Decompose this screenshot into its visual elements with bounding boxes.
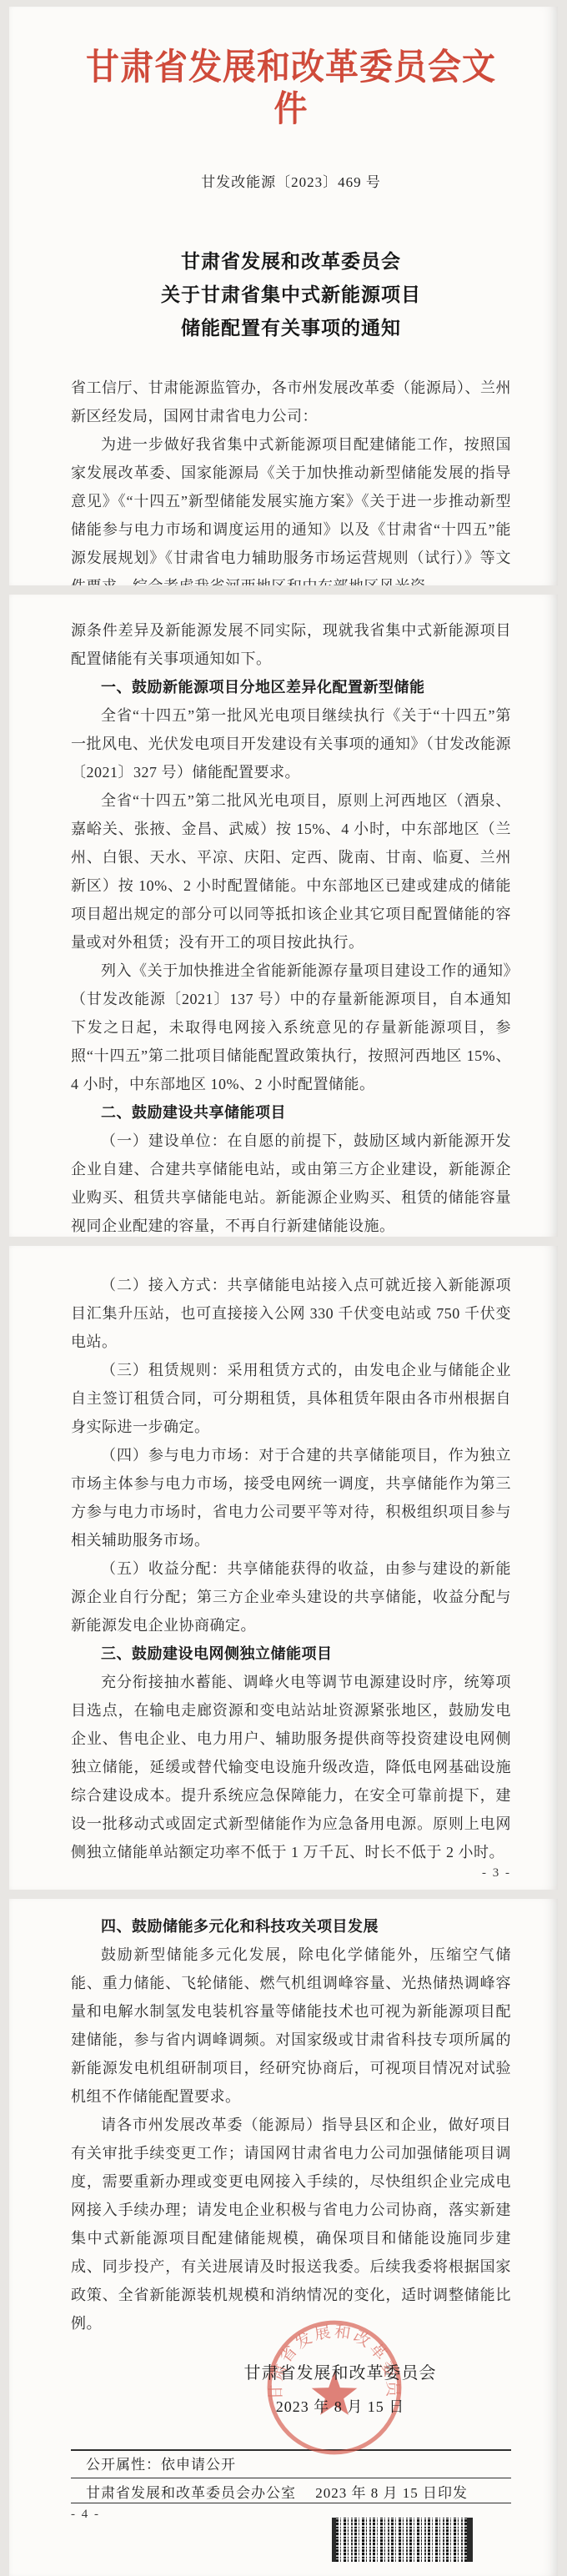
paragraph: （三）租赁规则：采用租赁方式的，由发电企业与储能企业自主签订租赁合同，可分期租赁…	[71, 1356, 511, 1441]
page-body: 四、鼓励储能多元化和科技攻关项目发展鼓励新型储能多元化发展，除电化学储能外，压缩…	[71, 1912, 511, 2337]
document-title-line: 储能配置有关事项的通知	[71, 312, 511, 345]
document-title-line: 甘肃省发展和改革委员会	[71, 245, 511, 279]
section-heading: 一、鼓励新能源项目分地区差异化配置新型储能	[71, 673, 511, 701]
page-number: - 4 -	[71, 2508, 100, 2522]
signing-organization: 甘肃省发展和改革委员会	[203, 2359, 478, 2383]
section-heading: 二、鼓励建设共享储能项目	[71, 1098, 511, 1127]
paragraph: 为进一步做好我省集中式新能源项目配建储能工作，按照国家发展改革委、国家能源局《关…	[71, 430, 511, 585]
page-2: 源条件差异及新能源发展不同实际，现就我省集中式新能源项目配置储能有关事项通知如下…	[9, 595, 558, 1237]
page-1: 甘肃省发展和改革委员会文件 甘发改能源〔2023〕469 号 甘肃省发展和改革委…	[9, 7, 558, 585]
page-3: （二）接入方式：共享储能电站接入点可就近接入新能源项目汇集升压站，也可直接接入公…	[9, 1246, 558, 1890]
document-barcode	[332, 2518, 473, 2562]
page-body: 源条件差异及新能源发展不同实际，现就我省集中式新能源项目配置储能有关事项通知如下…	[71, 616, 511, 1237]
print-date: 2023 年 8 月 15 日印发	[315, 2481, 468, 2502]
scanned-document: 甘肃省发展和改革委员会文件 甘发改能源〔2023〕469 号 甘肃省发展和改革委…	[0, 0, 567, 2576]
footer-rule	[71, 2478, 511, 2478]
page-body: 省工信厅、甘肃能源监管办，各市州发展改革委（能源局）、兰州新区经发局，国网甘肃省…	[71, 374, 511, 585]
section-heading: 三、鼓励建设电网侧独立储能项目	[71, 1640, 511, 1668]
issuing-office: 甘肃省发展和改革委员会办公室	[86, 2481, 296, 2502]
paragraph: （二）接入方式：共享储能电站接入点可就近接入新能源项目汇集升压站，也可直接接入公…	[71, 1271, 511, 1356]
paragraph: （五）收益分配：共享储能获得的收益，由参与建设的新能源企业自行分配；第三方企业牵…	[71, 1554, 511, 1640]
paragraph: 请各市州发展改革委（能源局）指导县区和企业，做好项目有关审批手续变更工作；请国网…	[71, 2111, 511, 2337]
issuance-row: 甘肃省发展和改革委员会办公室 2023 年 8 月 15 日印发	[86, 2481, 468, 2502]
document-number: 甘发改能源〔2023〕469 号	[71, 170, 511, 191]
paragraph: 鼓励新型储能多元化发展，除电化学储能外，压缩空气储能、重力储能、飞轮储能、燃气机…	[71, 1941, 511, 2111]
paragraph: （四）参与电力市场：对于合建的共享储能项目，作为独立市场主体参与电力市场，接受电…	[71, 1441, 511, 1554]
paragraph: 全省“十四五”第一批风光电项目继续执行《关于“十四五”第一批风电、光伏发电项目开…	[71, 701, 511, 786]
paragraph: 全省“十四五”第二批风光电项目，原则上河西地区（酒泉、嘉峪关、张掖、金昌、武威）…	[71, 786, 511, 957]
paragraph: 充分衔接抽水蓄能、调峰火电等调节电源建设时序，统筹项目选点，在输电走廊资源和变电…	[71, 1668, 511, 1866]
document-title: 甘肃省发展和改革委员会 关于甘肃省集中式新能源项目 储能配置有关事项的通知	[71, 245, 511, 345]
page-4: 四、鼓励储能多元化和科技攻关项目发展鼓励新型储能多元化发展，除电化学储能外，压缩…	[9, 1899, 558, 2576]
paragraph: 源条件差异及新能源发展不同实际，现就我省集中式新能源项目配置储能有关事项通知如下…	[71, 616, 511, 673]
footer-rule	[71, 2503, 511, 2503]
page-number: - 3 -	[71, 1866, 511, 1881]
paragraph: 列入《关于加快推进全省能新能源存量项目建设工作的通知》（甘发改能源〔2021〕1…	[71, 957, 511, 1098]
signature-block: 甘肃省发展和改革委员会 2023 年 8 月 15 日	[203, 2359, 478, 2417]
paragraph: 省工信厅、甘肃能源监管办，各市州发展改革委（能源局）、兰州新区经发局，国网甘肃省…	[71, 374, 511, 430]
page-body: （二）接入方式：共享储能电站接入点可就近接入新能源项目汇集升压站，也可直接接入公…	[71, 1271, 511, 1866]
document-title-line: 关于甘肃省集中式新能源项目	[71, 279, 511, 312]
paragraph: （一）建设单位：在自愿的前提下，鼓励区域内新能源开发企业自建、合建共享储能电站，…	[71, 1127, 511, 1237]
signing-date: 2023 年 8 月 15 日	[203, 2395, 478, 2417]
section-heading: 四、鼓励储能多元化和科技攻关项目发展	[71, 1912, 511, 1941]
red-letterhead-title: 甘肃省发展和改革委员会文件	[71, 47, 511, 129]
